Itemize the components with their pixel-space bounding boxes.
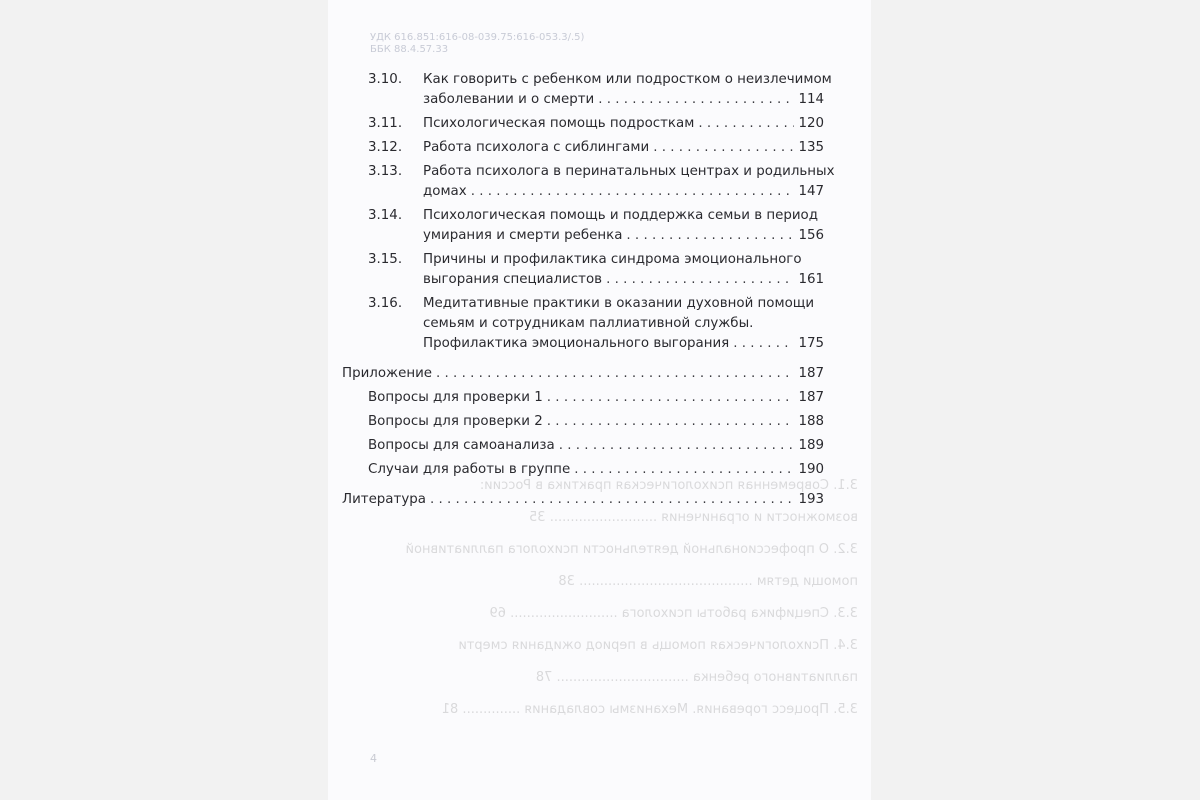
entry-title: Приложение: [342, 366, 432, 381]
entry-page: 147: [798, 184, 824, 199]
entry-last-line: домах147: [423, 184, 824, 199]
entry-page: 161: [798, 272, 824, 287]
entry-page: 190: [798, 462, 824, 477]
entry-page: 187: [798, 366, 824, 381]
entry-number: 3.15.: [368, 252, 402, 267]
entry-title: Случаи для работы в группе: [368, 462, 570, 477]
page-number: 4: [370, 752, 377, 765]
bleed-header-line-1: УДК 616.851:616-08-039.75:616-053.3/.5): [370, 32, 584, 44]
entry-page: 187: [798, 390, 824, 405]
entry-number: 3.12.: [368, 140, 402, 155]
toc-appendix: Приложение187: [342, 366, 824, 381]
toc-appendix-item: Вопросы для проверки 1187: [368, 390, 824, 405]
entry-number: 3.11.: [368, 116, 402, 131]
entry-page: 135: [798, 140, 824, 155]
entry-title: заболевании и о смерти: [423, 92, 594, 107]
entry-page: 189: [798, 438, 824, 453]
dot-leader: [653, 140, 794, 155]
bleed-through-text: 3.1. Современная психологическая практик…: [358, 470, 858, 740]
entry-page: 188: [798, 414, 824, 429]
dot-leader: [598, 92, 794, 107]
entry-number: 3.13.: [368, 164, 402, 179]
entry-page: 114: [798, 92, 824, 107]
entry-last-line: Психологическая помощь подросткам120: [423, 116, 824, 131]
entry-last-line: заболевании и о смерти114: [423, 92, 824, 107]
entry-title: Психологическая помощь подросткам: [423, 116, 694, 131]
entry-number: 3.14.: [368, 208, 402, 223]
dot-leader: [471, 184, 795, 199]
entry-title: выгорания специалистов: [423, 272, 602, 287]
entry-title: Медитативные практики в оказании духовно…: [423, 296, 814, 311]
entry-title: Литература: [342, 492, 426, 507]
dot-leader: [606, 272, 794, 287]
entry-title: Психологическая помощь и поддержка семьи…: [423, 208, 818, 223]
dot-leader: [430, 492, 794, 507]
dot-leader: [733, 336, 794, 351]
entry-last-line: умирания и смерти ребенка156: [423, 228, 824, 243]
entry-last-line: выгорания специалистов161: [423, 272, 824, 287]
dot-leader: [547, 390, 795, 405]
dot-leader: [626, 228, 794, 243]
entry-title: Работа психолога в перинатальных центрах…: [423, 164, 835, 179]
entry-title: умирания и смерти ребенка: [423, 228, 622, 243]
entry-title: Как говорить с ребенком или подростком о…: [423, 72, 832, 87]
entry-title: Вопросы для проверки 2: [368, 414, 543, 429]
toc-appendix-item: Случаи для работы в группе190: [368, 462, 824, 477]
entry-title: Причины и профилактика синдрома эмоциона…: [423, 252, 802, 267]
entry-number: 3.10.: [368, 72, 402, 87]
entry-last-line: Профилактика эмоционального выгорания175: [423, 336, 824, 351]
toc-appendix-item: Вопросы для проверки 2188: [368, 414, 824, 429]
entry-number: 3.16.: [368, 296, 402, 311]
dot-leader: [698, 116, 794, 131]
entry-page: 156: [798, 228, 824, 243]
dot-leader: [559, 438, 795, 453]
entry-page: 175: [798, 336, 824, 351]
bleed-header-line-2: ББК 88.4.57.33: [370, 44, 448, 56]
entry-title: Вопросы для самоанализа: [368, 438, 555, 453]
book-page: УДК 616.851:616-08-039.75:616-053.3/.5) …: [328, 0, 871, 800]
toc-appendix-item: Вопросы для самоанализа189: [368, 438, 824, 453]
entry-title: семьям и сотрудникам паллиативной службы…: [423, 316, 753, 331]
dot-leader: [574, 462, 794, 477]
entry-title: Работа психолога с сиблингами: [423, 140, 649, 155]
dot-leader: [436, 366, 794, 381]
entry-last-line: Работа психолога с сиблингами135: [423, 140, 824, 155]
entry-page: 120: [798, 116, 824, 131]
toc-literature: Литература193: [342, 492, 824, 507]
entry-title: Профилактика эмоционального выгорания: [423, 336, 729, 351]
dot-leader: [547, 414, 795, 429]
entry-title: Вопросы для проверки 1: [368, 390, 543, 405]
entry-page: 193: [798, 492, 824, 507]
entry-title: домах: [423, 184, 467, 199]
